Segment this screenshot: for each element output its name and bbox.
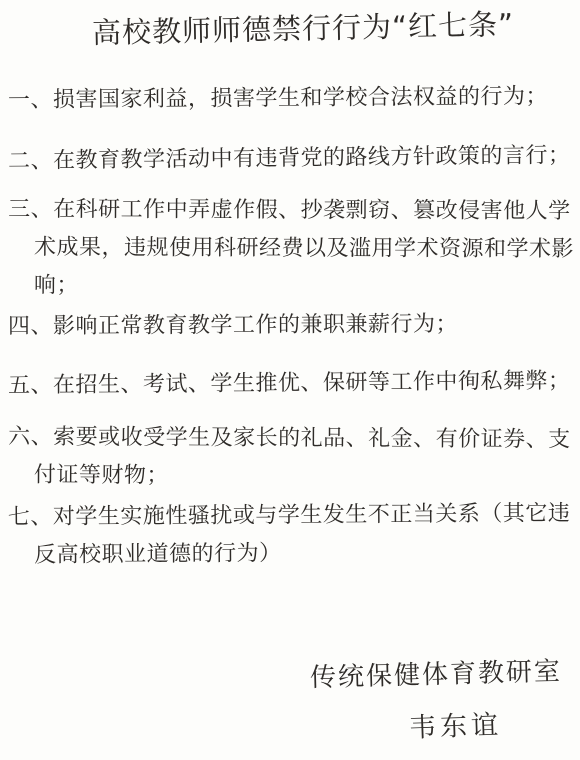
scanned-handwritten-page: 高校教师师德禁行行为“红七条” 一、损害国家利益，损害学生和学校合法权益的行为；… [0,0,580,760]
signature-block: 传统保健体育教研室 韦东谊 [310,650,562,745]
list-item: 一、损害国家利益，损害学生和学校合法权益的行为； [8,78,548,120]
list-item: 二、在教育教学活动中有违背党的路线方针政策的言行； [8,137,571,181]
signature-name: 韦东谊 [309,703,502,749]
signature-department: 传统保健体育教研室 [309,647,562,704]
page-title: 高校教师师德禁行行为“红七条” [92,1,573,55]
list-item: 六、索要或收受学生及家长的礼品、礼金、有价证券、支付证等财物； [8,419,580,498]
list-item: 四、影响正常教育教学工作的兼职兼薪行为； [8,306,458,346]
list-item: 七、对学生实施性骚扰或与学生发生不正当关系（其它违反高校职业道德的行为） [8,495,580,575]
list-item: 五、在招生、考试、学生推优、保研等工作中徇私舞弊； [8,363,571,406]
list-item: 三、在科研工作中弄虚作假、抄袭剽窃、篡改侵害他人学术成果，违规使用科研经费以及滥… [8,191,580,307]
